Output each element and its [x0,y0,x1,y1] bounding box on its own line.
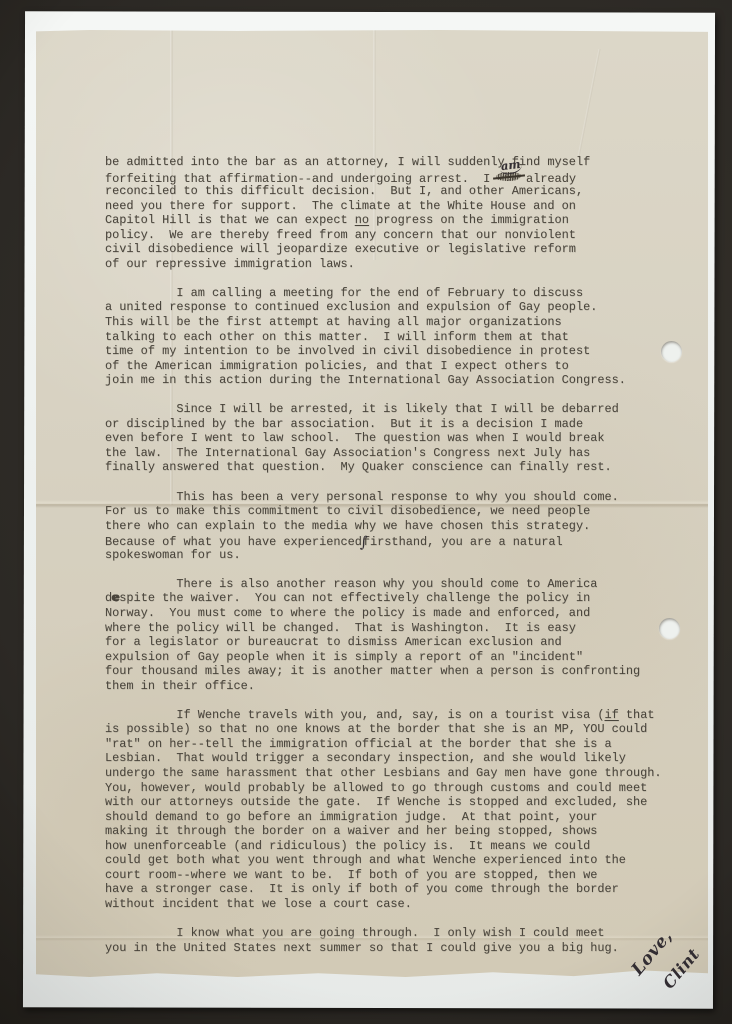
letter-line: policy. We are thereby freed from any co… [105,228,705,243]
hole-punch-bottom [659,618,680,639]
letter-line: without incident that we lose a court ca… [105,897,705,912]
letter-line: There is also another reason why you sho… [105,577,705,592]
letter-text-segment: progress on the immigration [369,213,569,227]
letter-line: civil disobedience will jeopardize execu… [105,242,705,257]
letter-line: there who can explain to the media why w… [105,519,705,534]
letter-line: If Wenche travels with you, and, say, is… [105,708,705,723]
letter-text-segment: Since I will be arrested, it is likely t… [105,402,619,416]
letter-line: where the policy will be changed. That i… [105,621,705,636]
letter-line: need you there for support. The climate … [105,199,705,214]
letter-line: spokeswoman for us. [105,548,705,563]
handwritten-insertion-mark: ∫ [360,535,363,550]
letter-line: This will be the first attempt at having… [105,315,705,330]
letter-line: Lesbian. That would trigger a secondary … [105,751,705,766]
letter-text-segment: need you there for support. The climate … [105,199,576,213]
letter-text-segment: with our attorneys outside the gate. If … [105,795,647,809]
letter-text-segment: civil disobedience will jeopardize execu… [105,242,576,256]
letter-text-segment: could get both what you went through and… [105,853,626,867]
paragraph: be admitted into the bar as an attorney,… [105,155,705,271]
underlined-text: no [355,213,369,227]
letter-text-segment: I know what you are going through. I onl… [105,926,605,940]
letter-line: be admitted into the bar as an attorney,… [105,155,705,170]
strikeout-scribble: am [497,170,518,182]
letter-text-segment: join me in this action during the Intern… [105,373,626,387]
letter-text-segment: is possible) so that no one knows at the… [105,722,647,736]
letter-text-segment: spite the waiver. You can not effectivel… [119,591,590,605]
letter-text-segment: finally answered that question. My Quake… [105,460,612,474]
letter-line: for a legislator or bureaucrat to dismis… [105,635,705,650]
letter-text-segment: You, however, would probably be allowed … [105,781,647,795]
letter-text-segment: "rat" on her--tell the immigration offic… [105,737,612,751]
scan-background: { "theme": { "background": "#2d2a26", "b… [0,0,732,1024]
signature: Love, Clint [600,915,725,1020]
letter-line: finally answered that question. My Quake… [105,460,705,475]
letter-text-segment: that [619,708,655,722]
letter-line: undergo the same harassment that other L… [105,766,705,781]
letter-line: could get both what you went through and… [105,853,705,868]
letter-text-segment: four thousand miles away; it is another … [105,664,640,678]
paragraph: If Wenche travels with you, and, say, is… [105,708,705,912]
underlined-text: if [605,708,619,722]
letter-text-segment: or disciplined by the bar association. B… [105,417,583,431]
letter-text-segment: expulsion of Gay people when it is simpl… [105,650,583,664]
letter-line: Norway. You must come to where the polic… [105,606,705,621]
letter-text-segment: you in the United States next summer so … [105,941,619,955]
paragraph: I am calling a meeting for the end of Fe… [105,286,705,388]
letter-line: despite the waiver. You can not effectiv… [105,591,705,606]
letter-line: with our attorneys outside the gate. If … [105,795,705,810]
letter-line: expulsion of Gay people when it is simpl… [105,650,705,665]
letter-paper: be admitted into the bar as an attorney,… [36,30,708,978]
letter-line: them in their office. [105,679,705,694]
letter-line: reconciled to this difficult decision. B… [105,184,705,199]
letter-text-segment: court room--where we want to be. If both… [105,868,597,882]
letter-line: four thousand miles away; it is another … [105,664,705,679]
letter-text-segment: policy. We are thereby freed from any co… [105,228,576,242]
letter-line: join me in this action during the Intern… [105,373,705,388]
letter-line: have a stronger case. It is only if both… [105,882,705,897]
letter-line: a united response to continued exclusion… [105,300,705,315]
letter-text-segment: where the policy will be changed. That i… [105,621,576,635]
letter-line: of the American immigration policies, an… [105,359,705,374]
letter-text-segment: without incident that we lose a court ca… [105,897,412,911]
letter-text-segment: how unenforceable (and ridiculous) the p… [105,839,590,853]
letter-text-segment: talking to each other on this matter. I … [105,330,569,344]
letter-text-segment: there who can explain to the media why w… [105,519,590,533]
paragraph: Since I will be arrested, it is likely t… [105,402,705,475]
letter-text-segment: Lesbian. That would trigger a secondary … [105,751,626,765]
letter-line: court room--where we want to be. If both… [105,868,705,883]
letter-text-segment: making it through the border on a waiver… [105,824,597,838]
letter-text-segment: Capitol Hill is that we can expect [105,213,355,227]
letter-line: For us to make this commitment to civil … [105,504,705,519]
letter-text-segment: them in their office. [105,679,255,693]
letter-text-segment: of our repressive immigration laws. [105,257,355,271]
letter-text-segment: should demand to go before an immigratio… [105,810,597,824]
letter-line: Capitol Hill is that we can expect no pr… [105,213,705,228]
letter-text-segment: even before I went to law school. The qu… [105,431,605,445]
letter-text-segment: time of my intention to be involved in c… [105,344,590,358]
letter-text-segment: spokeswoman for us. [105,548,241,562]
letter-line: how unenforceable (and ridiculous) the p… [105,839,705,854]
letter-text-segment: For us to make this commitment to civil … [105,504,590,518]
letter-text-segment: firsthand, you are a natural [363,535,563,549]
letter-line: the law. The International Gay Associati… [105,446,705,461]
letter-line: or disciplined by the bar association. B… [105,417,705,432]
letter-line: Because of what you have experienced∫fir… [105,533,705,548]
hole-punch-top [661,341,682,362]
letter-text-segment: This has been a very personal response t… [105,490,619,504]
fold-crease-diagonal [578,49,601,157]
letter-text-segment: have a stronger case. It is only if both… [105,882,619,896]
letter-text-segment: the law. The International Gay Associati… [105,446,590,460]
letter-text-segment: If Wenche travels with you, and, say, is… [105,708,605,722]
letter-line: "rat" on her--tell the immigration offic… [105,737,705,752]
letter-line: of our repressive immigration laws. [105,257,705,272]
letter-text-segment: a united response to continued exclusion… [105,300,597,314]
letter-line: You, however, would probably be allowed … [105,781,705,796]
letter-line: time of my intention to be involved in c… [105,344,705,359]
letter-line: forfeiting that affirmation--and undergo… [105,170,705,185]
letter-line: talking to each other on this matter. I … [105,330,705,345]
letter-line: Since I will be arrested, it is likely t… [105,402,705,417]
letter-line: is possible) so that no one knows at the… [105,722,705,737]
letter-line: This has been a very personal response t… [105,490,705,505]
letter-text-segment: This will be the first attempt at having… [105,315,562,329]
letter-text-segment: reconciled to this difficult decision. B… [105,184,583,198]
letter-text-segment: Norway. You must come to where the polic… [105,606,590,620]
letter-text-segment: for a legislator or bureaucrat to dismis… [105,635,562,649]
letter-line: I am calling a meeting for the end of Fe… [105,286,705,301]
letter-line: making it through the border on a waiver… [105,824,705,839]
letter-text-segment: undergo the same harassment that other L… [105,766,662,780]
letter-line: should demand to go before an immigratio… [105,810,705,825]
paragraph: There is also another reason why you sho… [105,577,705,693]
letter-text: be admitted into the bar as an attorney,… [105,155,705,970]
paragraph: This has been a very personal response t… [105,490,705,563]
letter-text-segment: of the American immigration policies, an… [105,359,569,373]
letter-text-segment: I am calling a meeting for the end of Fe… [105,286,583,300]
letter-line: even before I went to law school. The qu… [105,431,705,446]
letter-text-segment: There is also another reason why you sho… [105,577,597,591]
